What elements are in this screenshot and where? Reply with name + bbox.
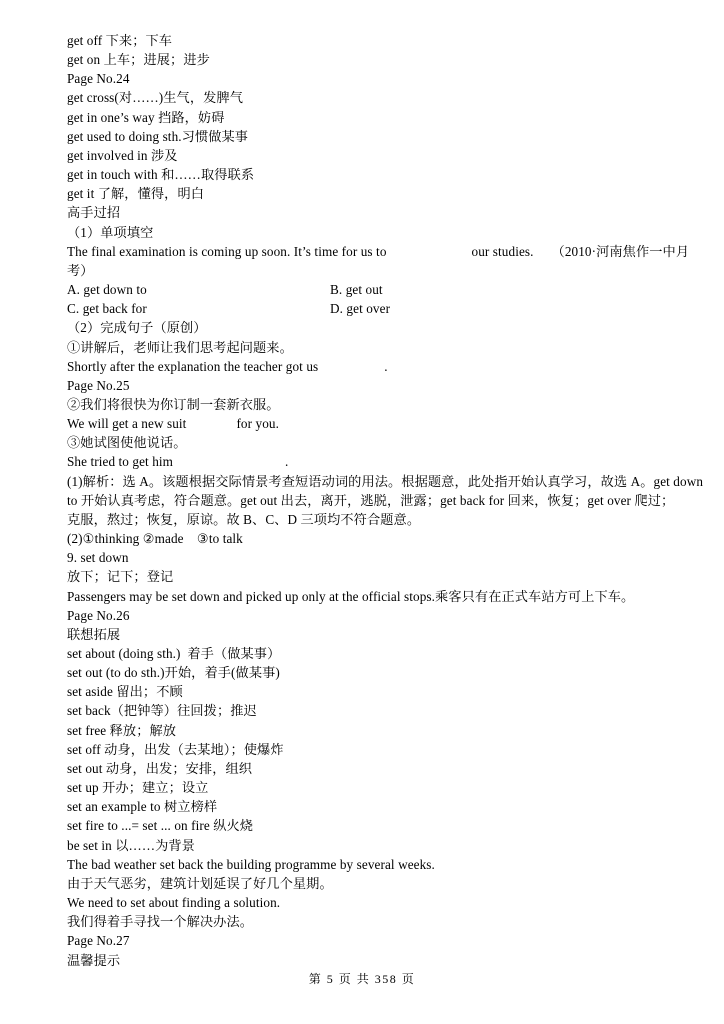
- section-heading-gaoshou: 高手过招: [67, 203, 681, 222]
- en-fill-3: She tried to get him.: [67, 452, 681, 471]
- phrase-set-fire-to: set fire to ...= set ... on fire 纵火烧: [67, 816, 681, 835]
- phrase-set-an-example: set an example to 树立榜样: [67, 797, 681, 816]
- text-segment: Shortly after the explanation the teache…: [67, 359, 318, 374]
- analysis-line-3: 克服，熬过；恢复，原谅。故 B、C、D 三项均不符合题意。: [67, 510, 681, 529]
- text-segment: She tried to get him: [67, 454, 173, 469]
- page-marker-25: Page No.25: [67, 376, 681, 395]
- answer-blank: [186, 427, 236, 428]
- en-fill-1: Shortly after the explanation the teache…: [67, 357, 681, 376]
- phrase-set-aside: set aside 留出；不顾: [67, 682, 681, 701]
- cn-prompt-2: ②我们将很快为你订制一套新衣服。: [67, 395, 681, 414]
- option-label: D. get over: [330, 301, 390, 316]
- example-bad-weather-en: The bad weather set back the building pr…: [67, 855, 681, 874]
- subsection-2-heading: （2）完成句子（原创）: [67, 318, 681, 337]
- example-solution-en: We need to set about finding a solution.: [67, 893, 681, 912]
- phrase-get-it: get it 了解，懂得，明白: [67, 184, 681, 203]
- phrase-set-off: set off 动身，出发（去某地）；使爆炸: [67, 740, 681, 759]
- phrase-get-on: get on 上车；进展；进步: [67, 50, 681, 69]
- text-segment: We will get a new suit: [67, 416, 186, 431]
- page-marker-26: Page No.26: [67, 606, 681, 625]
- options-row-ab: A. get down toB. get out: [67, 280, 681, 299]
- phrase-get-off: get off 下来；下车: [67, 31, 681, 50]
- options-row-cd: C. get back forD. get over: [67, 299, 681, 318]
- example-solution-cn: 我们得着手寻找一个解决办法。: [67, 912, 681, 931]
- answer-blank: [387, 255, 472, 256]
- phrase-get-in-ones-way: get in one’s way 挡路，妨碍: [67, 108, 681, 127]
- analysis-line-2: to 开始认真考虑，符合题意。get out 出去，离开，逃脱，泄露；get b…: [67, 491, 681, 510]
- option-label: C. get back for: [67, 299, 330, 318]
- phrase-get-used-to: get used to doing sth.习惯做某事: [67, 127, 681, 146]
- phrase-set-out-1: set out (to do sth.)开始，着手(做某事): [67, 663, 681, 682]
- subsection-1-heading: （1）单项填空: [67, 223, 681, 242]
- phrase-get-in-touch-with: get in touch with 和……取得联系: [67, 165, 681, 184]
- answer-blank: [534, 255, 552, 256]
- phrase-be-set-in: be set in 以……为背景: [67, 836, 681, 855]
- example-bad-weather-cn: 由于天气恶劣，建筑计划延误了好几个星期。: [67, 874, 681, 893]
- cn-prompt-3: ③她试图使他说话。: [67, 433, 681, 452]
- phrase-set-up: set up 开办；建立；设立: [67, 778, 681, 797]
- question-sentence: The final examination is coming up soon.…: [67, 242, 681, 261]
- analysis-line-1: (1)解析：选 A。该题根据交际情景考查短语动词的用法。根据题意，此处指开始认真…: [67, 472, 681, 491]
- entry-9-example: Passengers may be set down and picked up…: [67, 587, 681, 606]
- text-segment: for you.: [236, 416, 279, 431]
- text-segment: our studies.: [472, 244, 534, 259]
- document-body: get off 下来；下车get on 上车；进展；进步Page No.24ge…: [67, 31, 681, 970]
- text-segment: .: [285, 454, 288, 469]
- text-segment: （2010·河南焦作一中月: [552, 244, 690, 259]
- answers-line: (2)①thinking ②made ③to talk: [67, 529, 681, 548]
- cn-prompt-1: ①讲解后，老师让我们思考起问题来。: [67, 338, 681, 357]
- phrase-get-involved-in: get involved in 涉及: [67, 146, 681, 165]
- text-segment: The final examination is coming up soon.…: [67, 244, 387, 259]
- en-fill-2: We will get a new suitfor you.: [67, 414, 681, 433]
- page-marker-24: Page No.24: [67, 69, 681, 88]
- question-sentence-wrap: 考）: [67, 261, 681, 280]
- entry-9-meaning: 放下；记下；登记: [67, 567, 681, 586]
- page-marker-27: Page No.27: [67, 931, 681, 950]
- option-label: A. get down to: [67, 280, 330, 299]
- answer-blank: [173, 465, 285, 466]
- phrase-set-free: set free 释放；解放: [67, 721, 681, 740]
- page-footer: 第 5 页 共 358 页: [0, 971, 724, 987]
- text-segment: .: [384, 359, 387, 374]
- entry-9-heading: 9. set down: [67, 548, 681, 567]
- phrase-get-cross: get cross(对……)生气，发脾气: [67, 88, 681, 107]
- option-label: B. get out: [330, 282, 383, 297]
- phrase-set-out-2: set out 动身，出发；安排，组织: [67, 759, 681, 778]
- section-heading-lianxiang: 联想拓展: [67, 625, 681, 644]
- answer-blank: [318, 370, 384, 371]
- phrase-set-about: set about (doing sth.) 着手（做某事）: [67, 644, 681, 663]
- section-heading-wenxin: 温馨提示: [67, 951, 681, 970]
- phrase-set-back: set back（把钟等）往回拨；推迟: [67, 701, 681, 720]
